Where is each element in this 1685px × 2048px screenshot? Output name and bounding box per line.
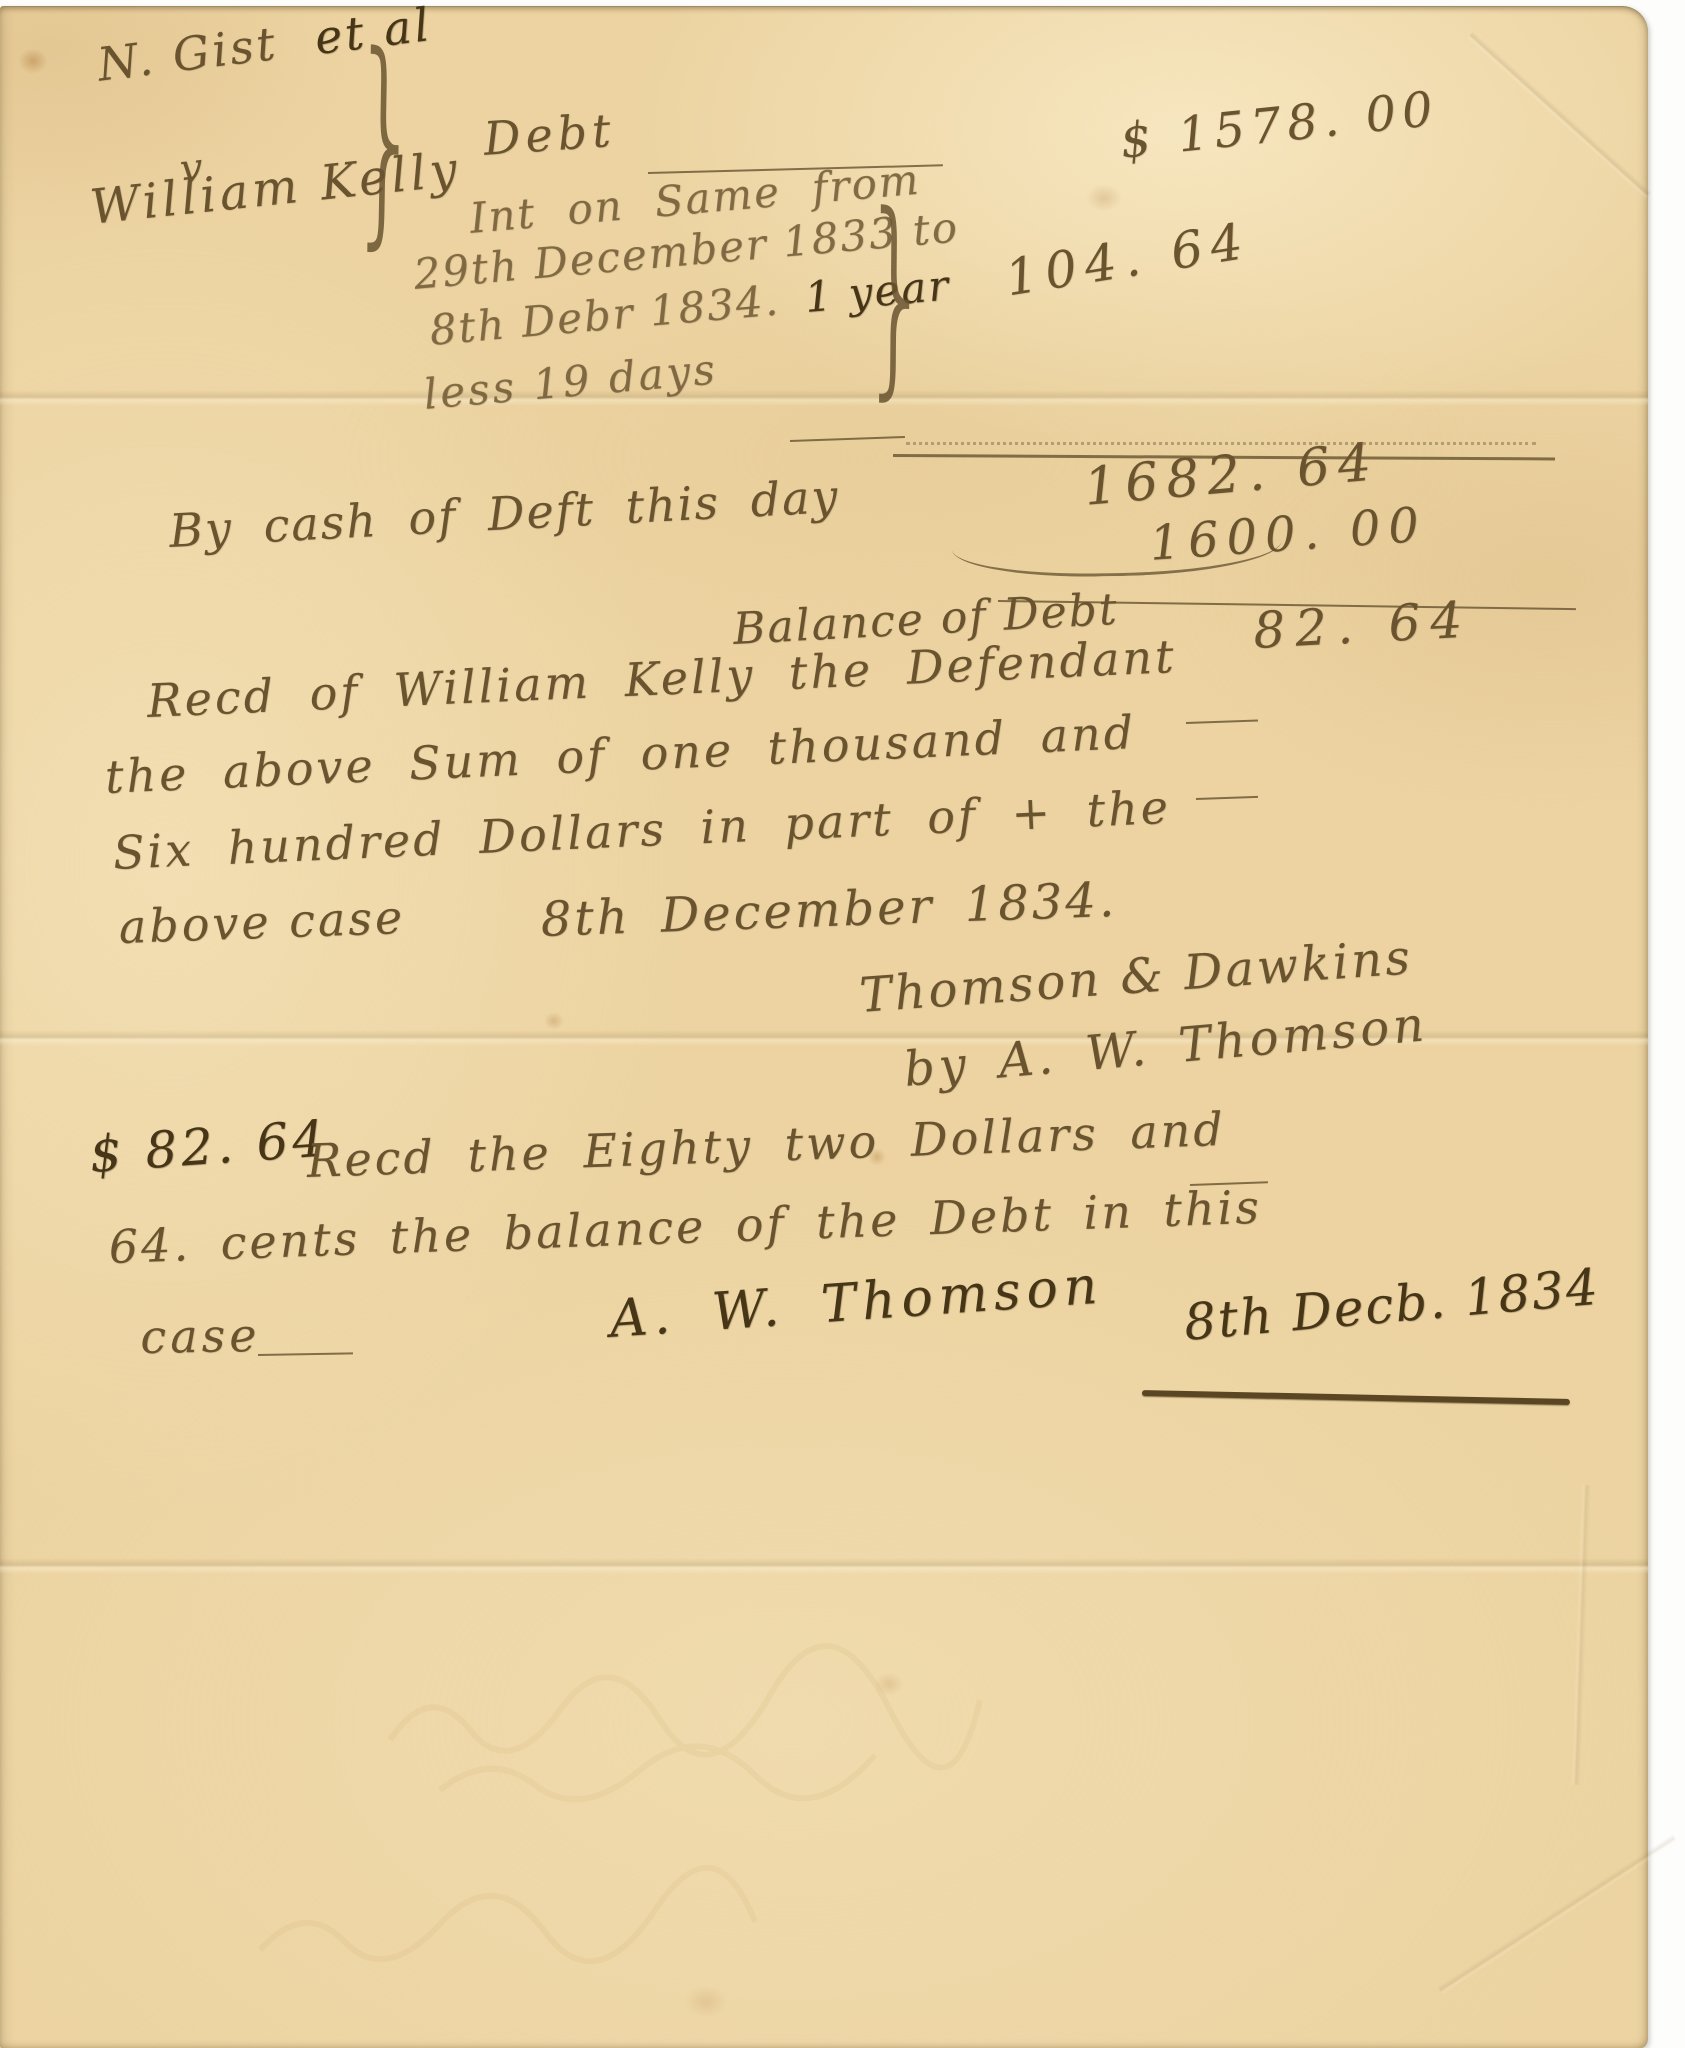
receipt-line-4: above case (118, 894, 406, 950)
ink-spray (906, 442, 1536, 445)
interest-brace: } (860, 194, 933, 394)
stain (544, 1012, 564, 1030)
scanned-document: N. Gist et al v William Kelly } Debt $ 1… (0, 0, 1685, 2048)
stain (1086, 184, 1122, 212)
stain (18, 48, 48, 74)
bleed-through-writing (250, 1860, 870, 2020)
debt-label: Debt (482, 107, 617, 162)
fold-crease (0, 390, 1648, 406)
fold-crease (0, 1558, 1648, 1574)
caption-brace: } (348, 34, 423, 246)
bleed-through-writing (380, 1620, 1080, 1820)
balance-receipt-line-3: case (140, 1312, 261, 1360)
balance-amount: 82. 64 (1252, 595, 1473, 656)
